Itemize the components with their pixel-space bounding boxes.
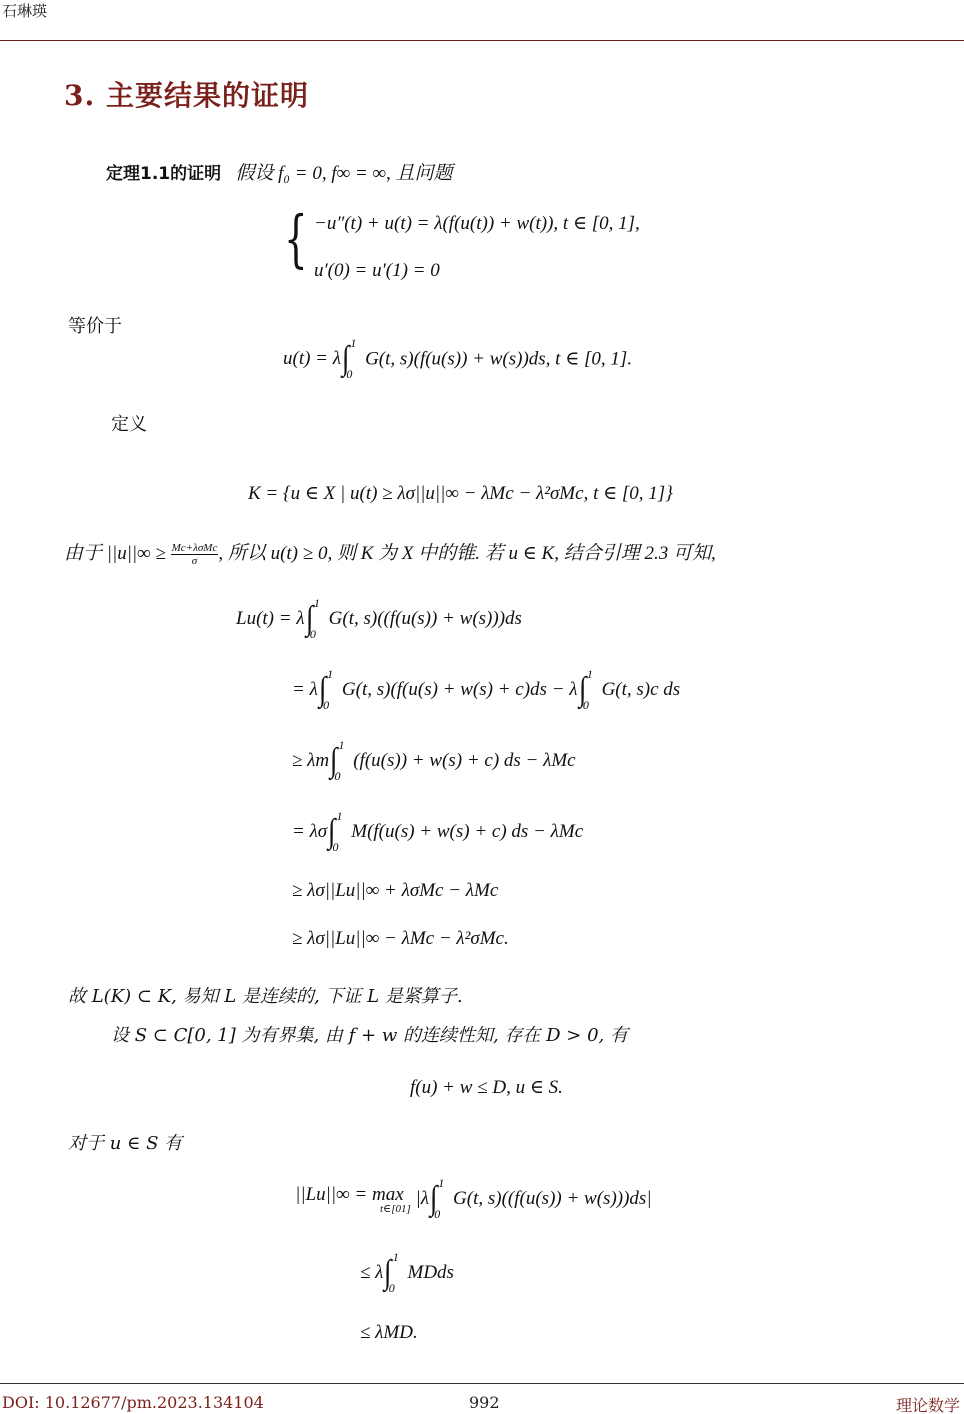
paragraph-bounded: 设 S ⊂ C[0, 1] 为有界集, 由 f + w 的连续性知, 存在 D … — [111, 1021, 628, 1047]
align-row-4: = λσ∫10 M(f(u(s) + w(s) + c) ds − λMc — [292, 809, 583, 855]
proof-intro-text: 假设 f₀ = 0, f∞ = ∞, 且问题 — [235, 163, 452, 184]
norm-row-3: ≤ λMD. — [360, 1322, 418, 1344]
align-row-3: ≥ λm∫10 (f(u(s)) + w(s) + c) ds − λMc — [292, 738, 576, 784]
header-divider — [0, 40, 964, 41]
paragraph-compact: 故 L(K) ⊂ K, 易知 L 是连续的, 下证 L 是紧算子. — [68, 982, 463, 1008]
paragraph-define: 定义 — [111, 410, 147, 436]
system-equation-1: −u″(t) + u(t) = λ(f(u(t)) + w(t)), t ∈ [… — [314, 212, 640, 235]
norm-row-2: ≤ λ∫10 MDds — [360, 1250, 454, 1296]
paragraph-equivalent: 等价于 — [68, 312, 122, 338]
align-row-5: ≥ λσ||Lu||∞ + λσMc − λMc — [292, 880, 498, 902]
norm-row-1: ||Lu||∞ = max t∈[01] |λ∫10 G(t, s)((f(u(… — [288, 1176, 652, 1222]
paragraph-cone: 由于 ||u||∞ ≥ Mc+λσMcσ, 所以 u(t) ≥ 0, 则 K 为… — [64, 538, 716, 567]
cone-definition: K = {u ∈ X | u(t) ≥ λσ||u||∞ − λMc − λ²σ… — [248, 482, 673, 505]
integral-equation: u(t) = λ∫10 G(t, s)(f(u(s)) + w(s))ds, t… — [283, 336, 632, 382]
section-title: 3. 主要结果的证明 — [64, 74, 309, 114]
align-row-6: ≥ λσ||Lu||∞ − λMc − λ²σMc. — [292, 928, 509, 950]
paragraph-for-u: 对于 u ∈ S 有 — [68, 1129, 182, 1155]
footer-divider — [0, 1383, 964, 1384]
proof-intro: 定理1.1的证明 假设 f₀ = 0, f∞ = ∞, 且问题 — [106, 158, 453, 185]
left-brace: { — [284, 208, 308, 270]
journal-name: 理论数学 — [896, 1393, 960, 1414]
system-equation-2: u′(0) = u′(1) = 0 — [314, 260, 440, 282]
fraction: Mc+λσMcσ — [171, 542, 219, 567]
align-row-2: = λ∫10 G(t, s)(f(u(s) + w(s) + c)ds − λ∫… — [292, 667, 680, 713]
footer-doi-link[interactable]: DOI: 10.12677/pm.2023.134104 — [2, 1393, 264, 1412]
bound-equation: f(u) + w ≤ D, u ∈ S. — [410, 1076, 563, 1099]
page-number: 992 — [469, 1393, 500, 1412]
running-header-author: 石琳瑛 — [2, 0, 47, 21]
align-row-1: Lu(t) = λ∫10 G(t, s)((f(u(s)) + w(s)))ds — [236, 596, 522, 642]
proof-label: 定理1.1的证明 — [106, 164, 221, 184]
